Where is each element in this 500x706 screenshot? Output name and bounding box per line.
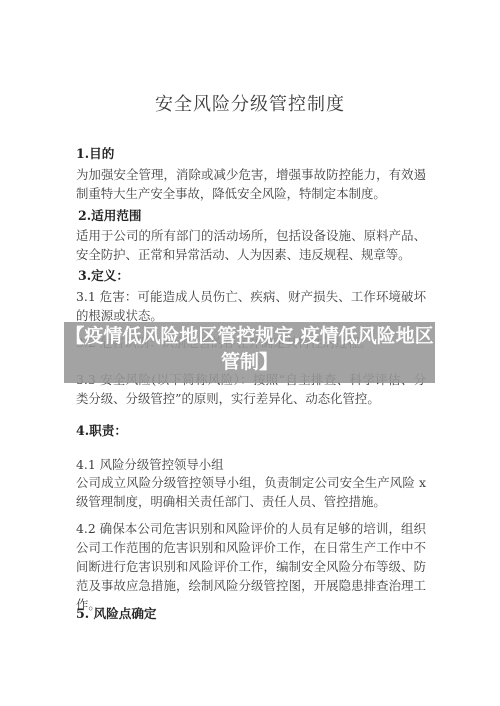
caption-overlay-text: 【疫情低风险地区管控规定,疫情低风险地区管制】 <box>64 323 435 375</box>
document-title: 安全风险分级管控制度 <box>0 90 500 116</box>
responsibility-training-text: 4.2 确保本公司危害识别和风险评价的人员有足够的培训，组织公司工作范围的危害识… <box>76 519 426 614</box>
section-heading-risk-points: 5. 风险点确定 <box>76 604 426 623</box>
definition-hazard: 3.1 危害：可能造成人员伤亡、疾病、财产损失、工作环境破坏的根源或状态。 <box>76 287 426 325</box>
section-heading-purpose: 1.目的 <box>76 144 426 163</box>
section-heading-responsibilities: 4.职责： <box>76 421 426 440</box>
section-paragraph-scope: 适用于公司的所有部门的活动场所，包括设备设施、原料产品、安全防护、正常和异常活动… <box>76 226 426 264</box>
section-paragraph-purpose: 为加强安全管理，消除或减少危害，增强事故防控能力，有效遏制重特大生产安全事故，降… <box>76 165 426 203</box>
responsibility-subheading-leadership-group: 4.1 风险分级管控领导小组 <box>76 455 426 474</box>
responsibility-leadership-group-text: 公司成立风险分级管控领导小组，负责制定公司安全生产风险 x 级管理制度，明确相关… <box>76 473 426 511</box>
section-heading-scope: 2.适用范围 <box>78 206 428 225</box>
document-page: 安全风险分级管控制度 1.目的 为加强安全管理，消除或减少危害，增强事故防控能力… <box>0 0 500 706</box>
section-heading-definitions: 3.定义： <box>78 266 428 285</box>
